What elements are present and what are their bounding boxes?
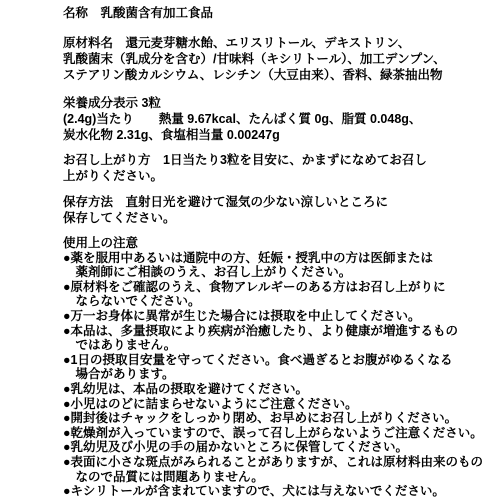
precaution-line: 薬剤師にご相談のうえ、お召し上がりください。: [63, 265, 500, 280]
section-usage-precautions: 使用上の注意 ●薬を服用中あるいは通院中の方、妊娠・授乳中の方は医師または 薬剤…: [63, 236, 500, 499]
precaution-line: ではありません。: [63, 338, 500, 353]
precaution-line: 場合があります。: [63, 367, 500, 382]
section-product-name: 名称 乳酸菌含有加工食品: [63, 5, 500, 21]
precaution-line: ●表面に小さな斑点がみられることがありますが、これは原材料由来のもの: [63, 455, 500, 470]
precaution-line: ●乾燥剤が入っていますので、誤って召し上がらないようご注意ください。: [63, 426, 500, 441]
nutrition-line: 栄養成分表示 3粒: [63, 95, 500, 111]
storage-line: 保存方法 直射日光を避けて湿気の少ない涼しいところに: [63, 194, 500, 210]
ingredients-line: 原材料名 還元麦芽糖水飴、エリスリトール、デキストリン、: [63, 35, 500, 51]
section-serving-directions: お召し上がり方 1日当たり3粒を目安に、かまずになめてお召し 上がりください。: [63, 152, 500, 184]
precaution-line: ●万一お身体に異常が生じた場合には摂取を中止してください。: [63, 309, 500, 324]
section-ingredients: 原材料名 還元麦芽糖水飴、エリスリトール、デキストリン、 乳酸菌末（乳成分を含む…: [63, 35, 500, 83]
serving-line: 上がりください。: [63, 168, 500, 184]
nutrition-line: (2.4g)当たり 熱量 9.67kcal、たんぱく質 0g、脂質 0.048g…: [63, 111, 500, 127]
precaution-line: ●小児はのどに詰まらせないようにご注意ください。: [63, 397, 500, 412]
precaution-line: ●本品は、多量摂取により疾病が治癒したり、より健康が増進するもの: [63, 324, 500, 339]
precaution-line: ●キシリトールが含まれていますので、犬には与えないでください。: [63, 484, 500, 499]
nutrition-line: 炭水化物 2.31g、食塩相当量 0.00247g: [63, 127, 500, 143]
serving-line: お召し上がり方 1日当たり3粒を目安に、かまずになめてお召し: [63, 152, 500, 168]
precaution-line: ならないでください。: [63, 294, 500, 309]
food-label-document: 名称 乳酸菌含有加工食品 原材料名 還元麦芽糖水飴、エリスリトール、デキストリン…: [63, 5, 500, 499]
product-name-line: 名称 乳酸菌含有加工食品: [63, 5, 500, 21]
precautions-heading: 使用上の注意: [63, 236, 500, 251]
storage-line: 保存してください。: [63, 210, 500, 226]
precaution-line: ●乳幼児及び小児の手の届かないところに保管してください。: [63, 440, 500, 455]
precaution-line: ●開封後はチャックをしっかり閉め、お早めにお召し上がりください。: [63, 411, 500, 426]
section-nutrition-facts: 栄養成分表示 3粒 (2.4g)当たり 熱量 9.67kcal、たんぱく質 0g…: [63, 95, 500, 143]
precaution-line: ●1日の摂取目安量を守ってください。食べ過ぎるとお腹がゆるくなる: [63, 353, 500, 368]
precaution-line: ●乳幼児は、本品の摂取を避けてください。: [63, 382, 500, 397]
ingredients-line: 乳酸菌末（乳成分を含む）/甘味料（キシリトール）、加工デンプン、: [63, 51, 500, 67]
section-storage-method: 保存方法 直射日光を避けて湿気の少ない涼しいところに 保存してください。: [63, 194, 500, 226]
precaution-line: ●薬を服用中あるいは通院中の方、妊娠・授乳中の方は医師または: [63, 251, 500, 266]
precaution-line: なので品質には問題ありません。: [63, 470, 500, 485]
precaution-line: ●原材料をご確認のうえ、食物アレルギーのある方はお召し上がりに: [63, 280, 500, 295]
ingredients-line: ステアリン酸カルシウム、レシチン（大豆由来）、香料、緑茶抽出物: [63, 67, 500, 83]
